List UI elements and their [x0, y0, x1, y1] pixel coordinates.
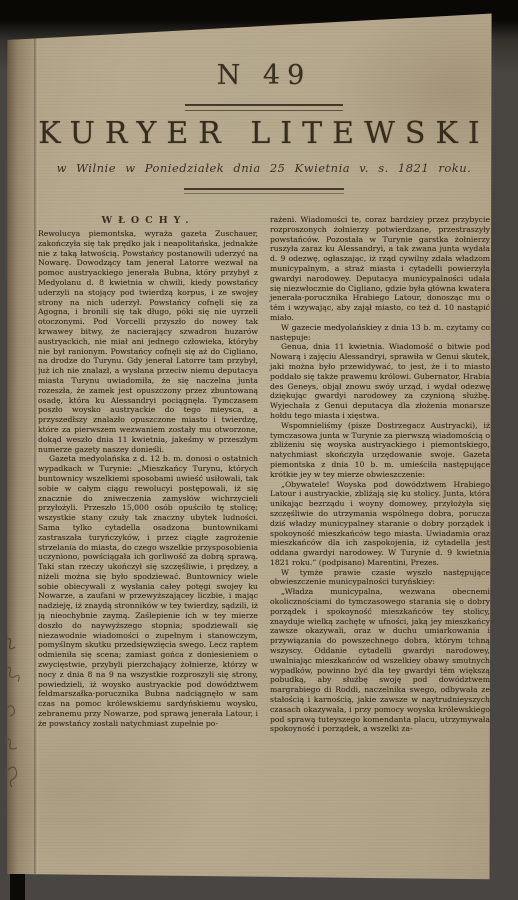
paragraph: Rewolucya piemontska, wyraża gazeta Zusc…	[38, 229, 258, 454]
article-body: WŁOCHY. Rewolucya piemontska, wyraża gaz…	[38, 215, 490, 815]
paragraph: Gazeta medyolańska z d. 12 b. m. donosi …	[38, 454, 258, 728]
masthead-rule-bottom	[184, 188, 344, 194]
newspaper-title: KURYER LITEWSKI	[38, 116, 490, 151]
paragraph: „Obywatele! Woyska pod dowództwem Hrabie…	[270, 480, 490, 568]
paragraph: Wspomnieliśmy (pisze Dostrzegacz Austrya…	[270, 421, 490, 480]
adjacent-page-edge	[10, 874, 25, 900]
paragraph: Genua, dnia 11 kwietnia. Wiadomość o bit…	[270, 342, 490, 420]
right-column: rażeni. Wiadomości te, coraz bardziey pr…	[270, 215, 490, 815]
issue-number: N 49	[38, 60, 490, 91]
paragraph: W gazecie medyolańskiey z dnia 13 b. m. …	[270, 323, 490, 343]
paragraph: „Władza municypalna, wezwana obecnemi ok…	[270, 587, 490, 734]
paragraph: W tymże prawie czasie wyszło następujące…	[270, 568, 490, 588]
section-heading: WŁOCHY.	[38, 215, 258, 226]
newspaper-page: N 49 KURYER LITEWSKI w Wilnie w Poniedzi…	[0, 0, 518, 900]
left-column: WŁOCHY. Rewolucya piemontska, wyraża gaz…	[38, 215, 258, 815]
dateline: w Wilnie w Poniedziałek dnia 25 Kwietnia…	[38, 161, 490, 175]
handwriting-marks-icon	[0, 630, 30, 810]
masthead-rule-top	[185, 104, 343, 111]
paragraph: rażeni. Wiadomości te, coraz bardziey pr…	[270, 215, 490, 323]
